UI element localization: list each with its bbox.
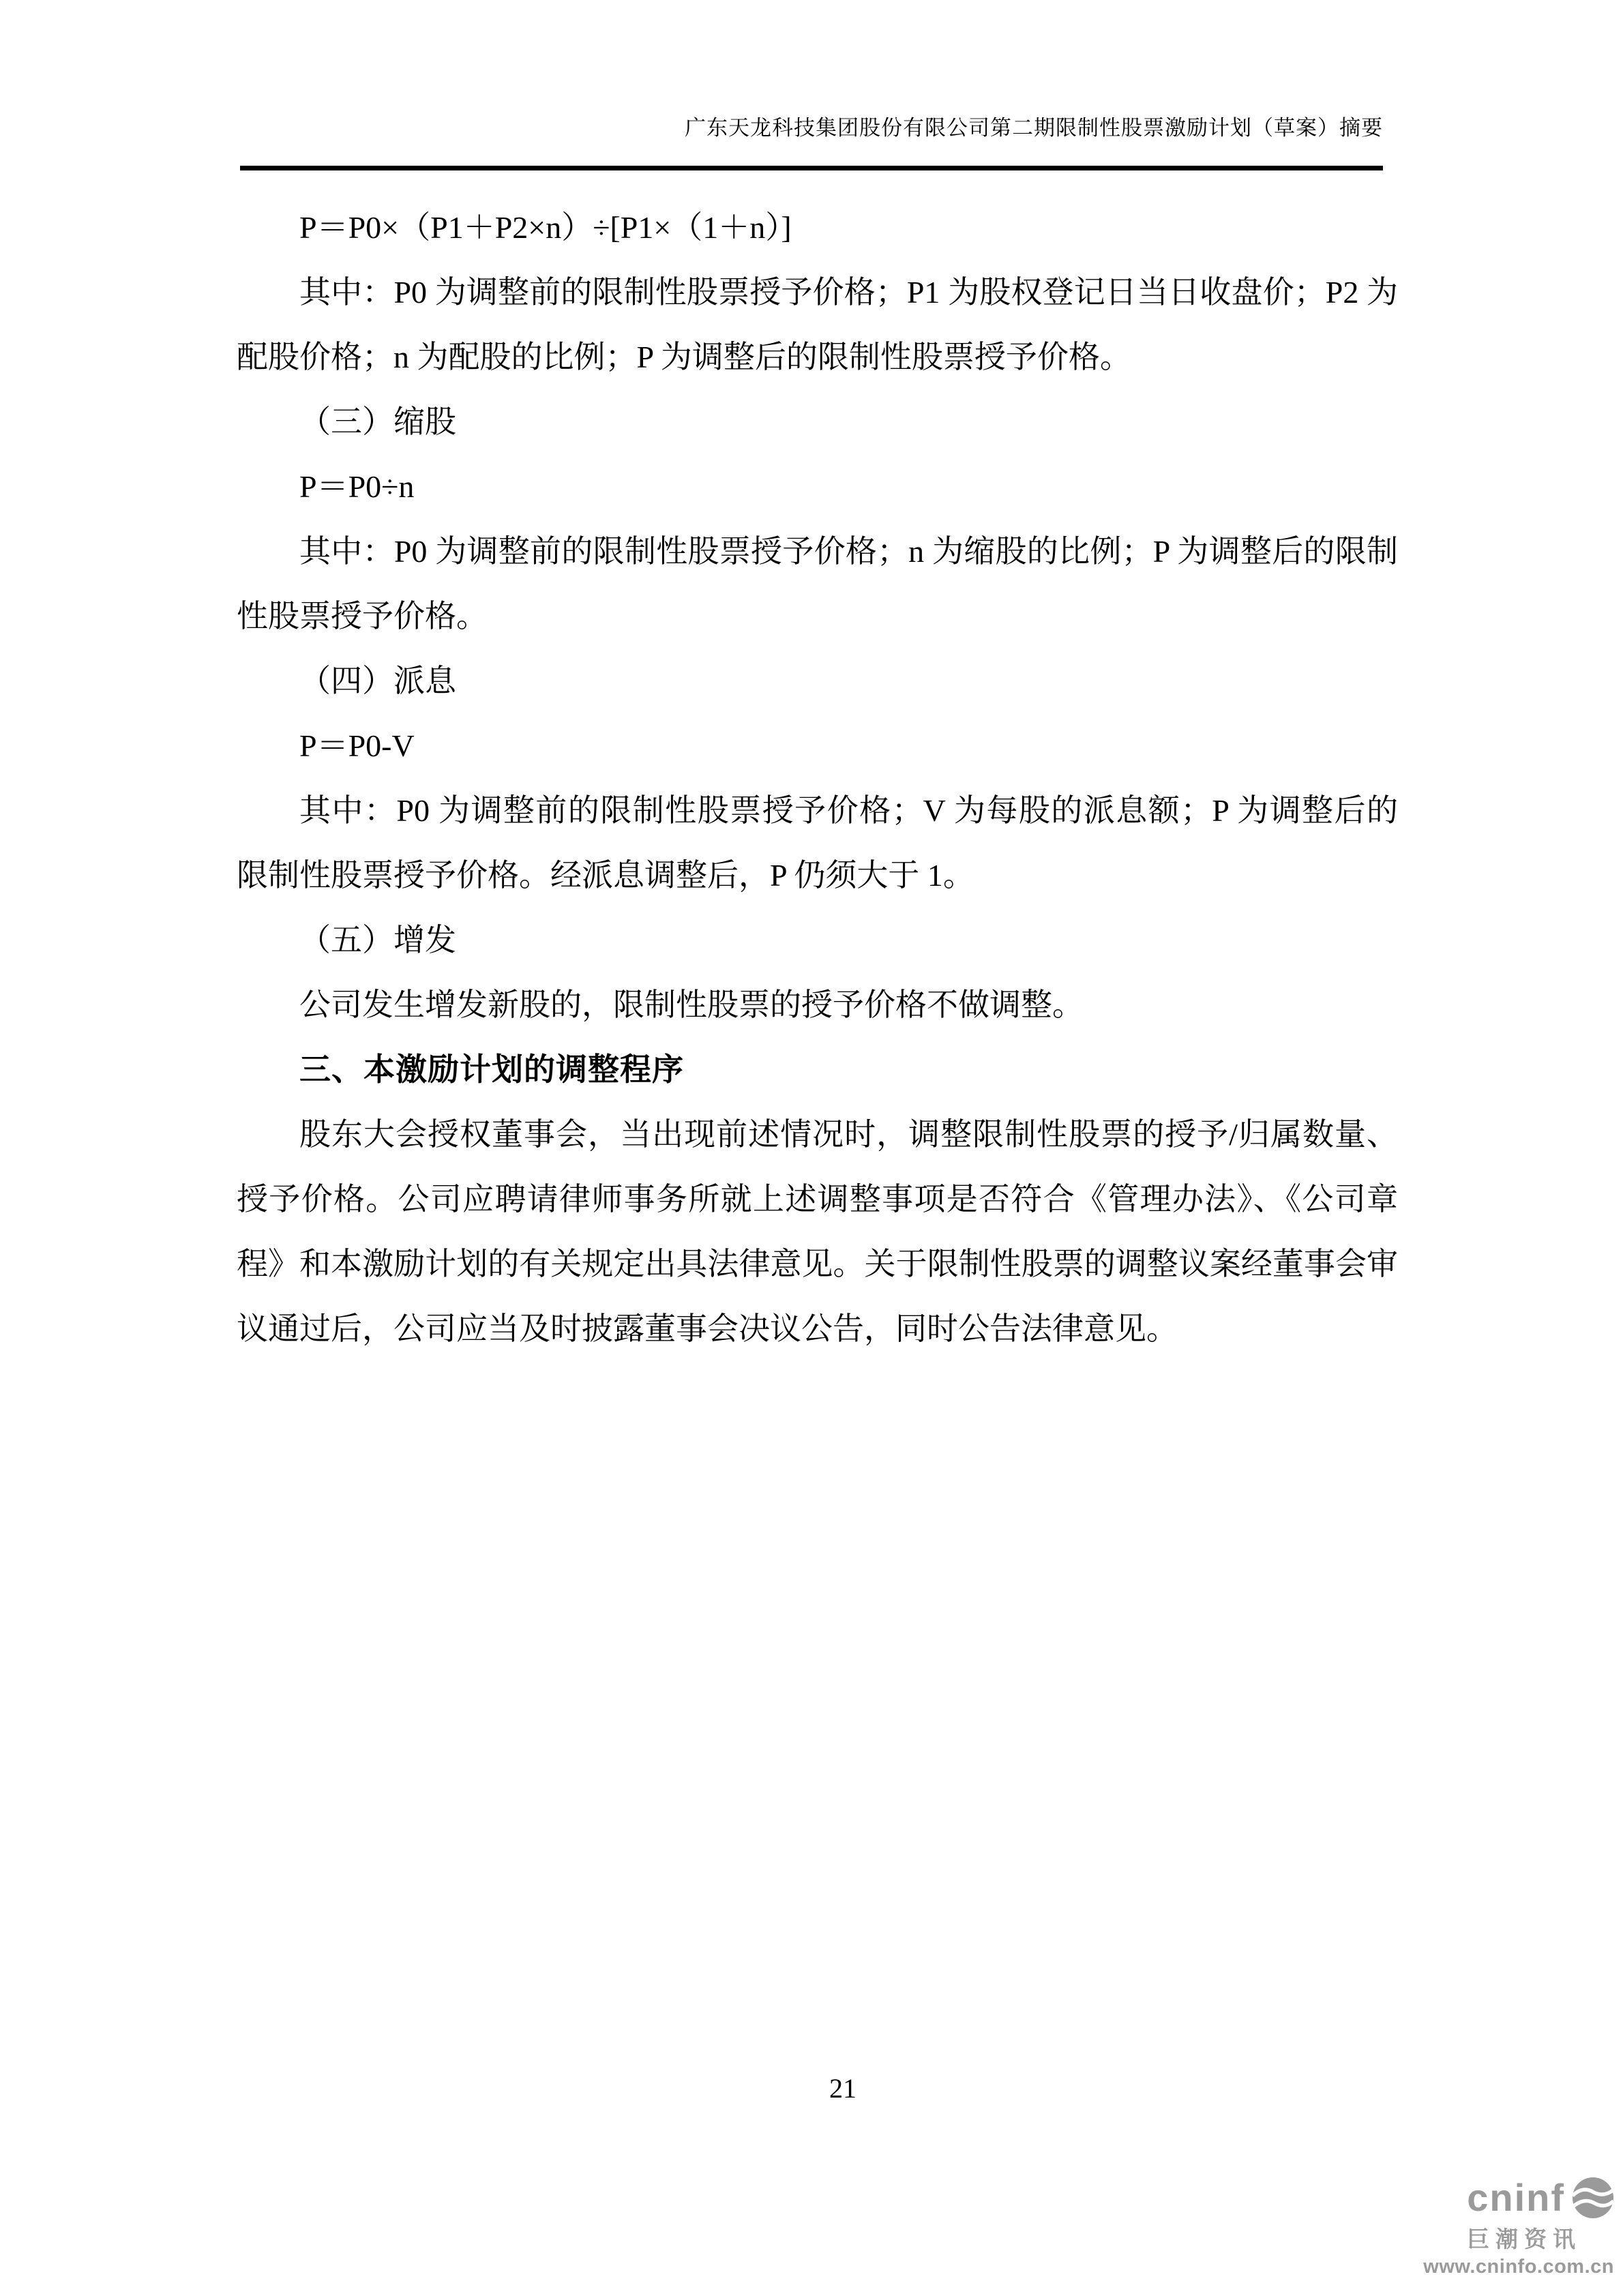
page-header-title: 广东天龙科技集团股份有限公司第二期限制性股票激励计划（草案）摘要 — [240, 115, 1383, 142]
formula-share-consolidation: P＝P0÷n — [237, 454, 1398, 519]
formula-dividend: P＝P0-V — [237, 713, 1398, 778]
cninfo-brand-chinese: 巨潮资讯 — [1423, 2222, 1581, 2254]
para-additional-issuance: 公司发生增发新股的，限制性股票的授予价格不做调整。 — [237, 972, 1398, 1037]
cninfo-brand-row: cninf — [1423, 2177, 1614, 2219]
document-page: 广东天龙科技集团股份有限公司第二期限制性股票激励计划（草案）摘要 P＝P0×（P… — [0, 0, 1623, 2296]
cninfo-url: www.cninfo.com.cn — [1423, 2256, 1614, 2278]
para-adjustment-procedure: 股东大会授权董事会，当出现前述情况时，调整限制性股票的授予/归属数量、授予价格。… — [237, 1102, 1398, 1361]
subsection-heading-share-consolidation: （三）缩股 — [237, 389, 1398, 454]
document-body: P＝P0×（P1＋P2×n）÷[P1×（1＋n）] 其中：P0 为调整前的限制性… — [237, 195, 1398, 1361]
subsection-heading-additional-issuance: （五）增发 — [237, 908, 1398, 972]
page-number: 21 — [811, 2073, 874, 2104]
subsection-heading-dividend: （四）派息 — [237, 648, 1398, 713]
formula-rights-issue: P＝P0×（P1＋P2×n）÷[P1×（1＋n）] — [237, 195, 1398, 260]
header-divider-rule — [240, 166, 1383, 170]
para-rights-issue-definitions: 其中：P0 为调整前的限制性股票授予价格；P1 为股权登记日当日收盘价；P2 为… — [237, 260, 1398, 389]
section-heading-adjustment-procedure: 三、本激励计划的调整程序 — [237, 1037, 1398, 1102]
para-consolidation-definitions: 其中：P0 为调整前的限制性股票授予价格；n 为缩股的比例；P 为调整后的限制性… — [237, 519, 1398, 648]
cninfo-watermark: cninf 巨潮资讯 www.cninfo.com.cn — [1423, 2177, 1614, 2278]
para-dividend-definitions: 其中：P0 为调整前的限制性股票授予价格；V 为每股的派息额；P 为调整后的限制… — [237, 778, 1398, 908]
cninfo-logo-icon — [1572, 2177, 1614, 2219]
cninfo-brand-text: cninf — [1467, 2179, 1565, 2217]
